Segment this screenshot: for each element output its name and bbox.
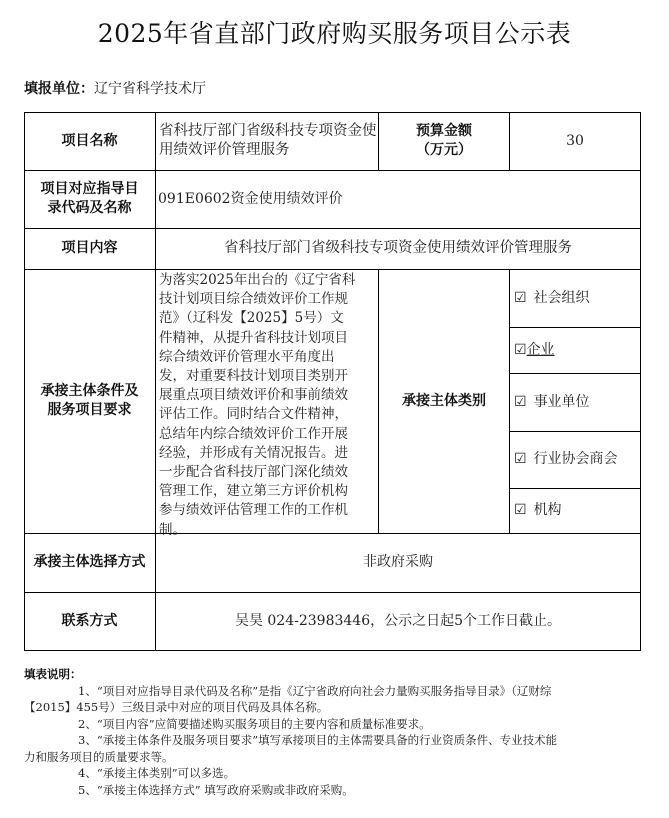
catalog-label-line1: 项目对应指导目 [41, 180, 139, 199]
requirements-text: 为落实2025年出台的《辽宁省科 技计划项目综合绩效评价工作规 范》（辽科发【2… [159, 271, 375, 540]
requirements-label-line2: 服务项目要求 [48, 401, 132, 420]
table-border-bottom [24, 650, 641, 651]
requirements-line: 参与绩效评估管理工作的工作机 [159, 501, 375, 520]
requirements-label-line1: 承接主体条件及 [41, 382, 139, 401]
option-label: 机构 [534, 501, 562, 520]
selection-method-label: 承接主体选择方式 [24, 533, 155, 592]
budget-value: 30 [510, 112, 640, 170]
fill-unit-label: 填报单位： [24, 81, 94, 97]
checkbox-checked-icon[interactable]: ☑ [514, 393, 527, 412]
requirements-line: 技计划项目综合绩效评价工作规 [159, 290, 375, 309]
option-enterprise[interactable]: ☑ 企业 [510, 327, 640, 373]
option-industry-association[interactable]: ☑ 行业协会商会 [510, 431, 640, 488]
contact-value: 吴昊 024-23983446，公示之日起5个工作日截止。 [156, 592, 640, 650]
requirements-line: 范》（辽科发【2025】5号）文 [159, 309, 375, 328]
entity-type-label: 承接主体类别 [379, 269, 509, 533]
checkbox-checked-icon[interactable]: ☑ [514, 450, 527, 469]
budget-label-line1: 预算金额 [416, 122, 472, 141]
requirements-line: 总结年内综合绩效评价工作开展 [159, 425, 375, 444]
catalog-value: 091E0602资金使用绩效评价 [156, 170, 640, 228]
requirements-line: 展重点项目绩效评价和事前绩效 [159, 386, 375, 405]
requirements-label: 承接主体条件及 服务项目要求 [24, 269, 155, 533]
note-item-continued: 【2015】455号）三级目录中对应的项目代码及具体名称。 [24, 699, 644, 716]
catalog-label: 项目对应指导目 录代码及名称 [24, 170, 155, 228]
requirements-line: 综合绩效评价管理水平角度出 [159, 348, 375, 367]
requirements-line: 件精神，从提升省科技计划项目 [159, 329, 375, 348]
table-border-right [640, 112, 641, 651]
notes-heading: 填表说明： [24, 666, 644, 683]
content-value: 省科技厅部门省级科技专项资金使用绩效评价管理服务 [156, 228, 640, 269]
budget-label-line2: （万元） [416, 141, 472, 160]
checkbox-checked-icon[interactable]: ☑ [514, 289, 527, 308]
note-item: 2、“项目内容”应简要描述购买服务项目的主要内容和质量标准要求。 [24, 716, 644, 733]
fill-unit-value: 辽宁省科学技术厅 [94, 81, 206, 97]
note-item: 5、“承接主体选择方式” 填写政府采购或非政府采购。 [24, 782, 644, 799]
fill-instructions: 填表说明： 1、“项目对应指导目录代码及名称”是指《辽宁省政府向社会力量购买服务… [24, 666, 644, 798]
requirements-line: 发，对重要科技计划项目类别开 [159, 367, 375, 386]
content-label: 项目内容 [24, 228, 155, 269]
option-label: 事业单位 [534, 393, 590, 412]
project-name-label: 项目名称 [24, 112, 155, 170]
option-social-org[interactable]: ☑ 社会组织 [510, 269, 640, 327]
checkbox-checked-icon[interactable]: ☑ [514, 501, 527, 520]
selection-method-value: 非政府采购 [156, 533, 640, 592]
requirements-line: 为落实2025年出台的《辽宁省科 [159, 271, 375, 290]
project-name-value: 省科技厅部门省级科技专项资金使用绩效评价管理服务 [156, 112, 378, 170]
requirements-line: 管理工作，建立第三方评价机构 [159, 482, 375, 501]
option-label: 企业 [527, 341, 555, 360]
fill-unit: 填报单位：辽宁省科学技术厅 [24, 78, 206, 98]
option-label: 社会组织 [534, 289, 590, 308]
note-item: 4、“承接主体类别”可以多选。 [24, 765, 644, 782]
note-item: 1、“项目对应指导目录代码及名称”是指《辽宁省政府向社会力量购买服务指导目录》（… [24, 683, 644, 700]
catalog-label-line2: 录代码及名称 [48, 199, 132, 218]
requirements-line: 一步配合省科技厅部门深化绩效 [159, 463, 375, 482]
checkbox-checked-icon[interactable]: ☑ [514, 341, 527, 360]
note-item: 3、“承接主体条件及服务项目要求”填写承接项目的主体需要具备的行业资质条件、专业… [24, 732, 644, 749]
option-public-institution[interactable]: ☑ 事业单位 [510, 373, 640, 431]
option-label: 行业协会商会 [534, 450, 618, 469]
page-title: 2025年省直部门政府购买服务项目公示表 [0, 14, 669, 50]
requirements-line: 评估工作。同时结合文件精神， [159, 405, 375, 424]
requirements-line: 经验，并形成有关情况报告。进 [159, 444, 375, 463]
note-item-continued: 力和服务项目的质量要求等。 [24, 749, 644, 766]
option-agency[interactable]: ☑ 机构 [510, 488, 640, 533]
contact-label: 联系方式 [24, 592, 155, 650]
budget-label: 预算金额 （万元） [379, 112, 509, 170]
